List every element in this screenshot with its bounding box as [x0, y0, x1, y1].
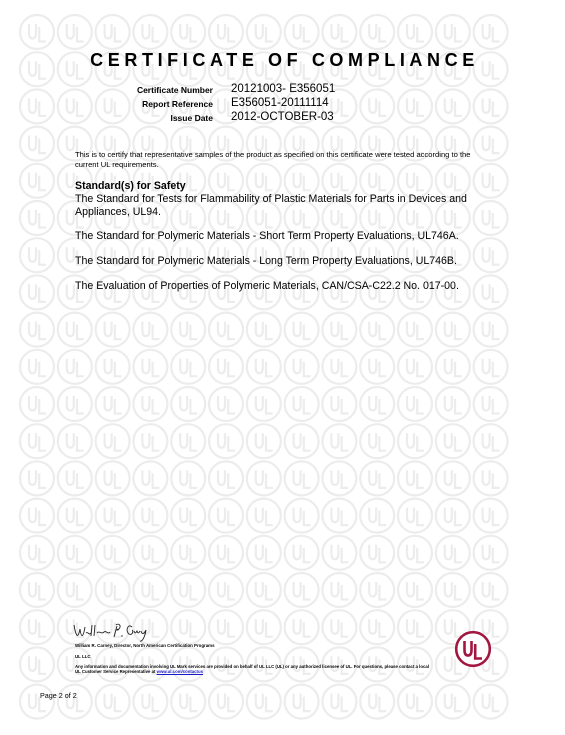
signature-icon [72, 617, 162, 643]
issue-date-label: Issue Date [170, 113, 213, 123]
standard-item-ul94: The Standard for Tests for Flammability … [75, 193, 495, 218]
standard-item-ul746a: The Standard for Polymeric Materials - S… [75, 230, 495, 243]
standards-heading: Standard(s) for Safety [75, 180, 186, 192]
report-reference-value: E356051-20111114 [231, 97, 329, 109]
report-reference-row: Report Reference E356051-20111114 [0, 97, 565, 111]
contact-link[interactable]: www.ul.com/contactus [157, 669, 203, 674]
certificate-number-label: Certificate Number [137, 85, 213, 95]
disclaimer: Any information and documentation involv… [75, 664, 435, 675]
certificate-number-value: 20121003- E356051 [231, 83, 335, 95]
organization-name: UL LLC [75, 654, 91, 659]
ul-mark-icon [454, 630, 492, 668]
report-reference-label: Report Reference [142, 99, 213, 109]
standard-item-ul746b: The Standard for Polymeric Materials - L… [75, 255, 495, 268]
standard-item-csa-c22-2: The Evaluation of Properties of Polymeri… [75, 280, 495, 293]
signer-name: William R. Carney, Director, North Ameri… [75, 643, 215, 648]
disclaimer-text: Any information and documentation involv… [75, 664, 429, 674]
page-number: Page 2 of 2 [40, 691, 77, 700]
page-title: CERTIFICATE OF COMPLIANCE [2, 50, 565, 71]
certificate-page: CERTIFICATE OF COMPLIANCE Certificate Nu… [0, 0, 565, 735]
issue-date-row: Issue Date 2012-OCTOBER-03 [0, 111, 565, 125]
certificate-number-row: Certificate Number 20121003- E356051 [0, 83, 565, 97]
issue-date-value: 2012-OCTOBER-03 [231, 111, 334, 123]
certification-statement: This is to certify that representative s… [75, 150, 495, 169]
